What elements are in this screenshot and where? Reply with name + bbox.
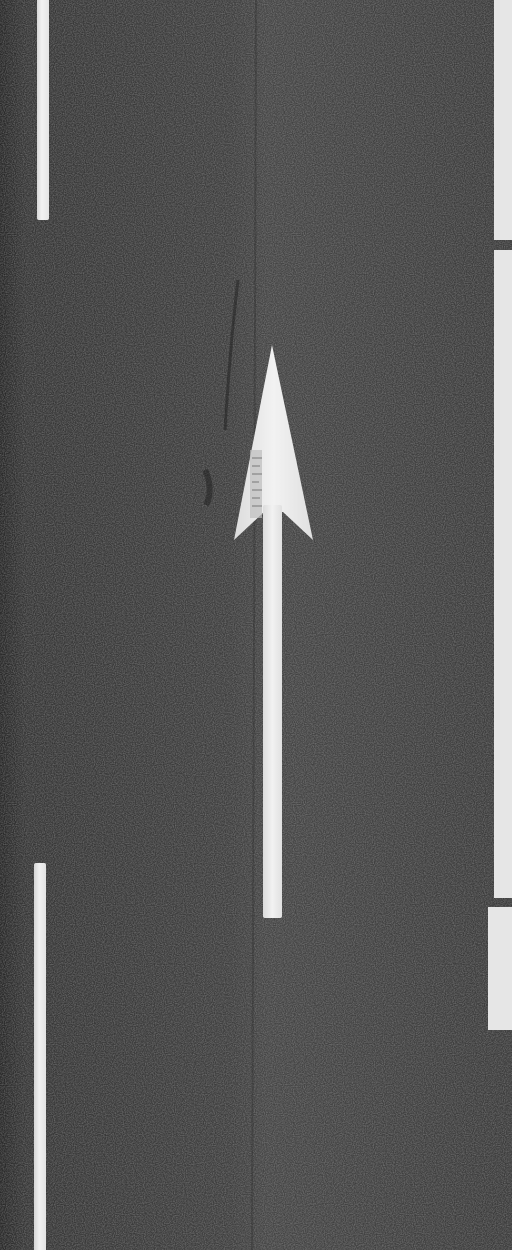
straight-arrow-marking [0, 0, 512, 1250]
road-aerial-image [0, 0, 512, 1250]
